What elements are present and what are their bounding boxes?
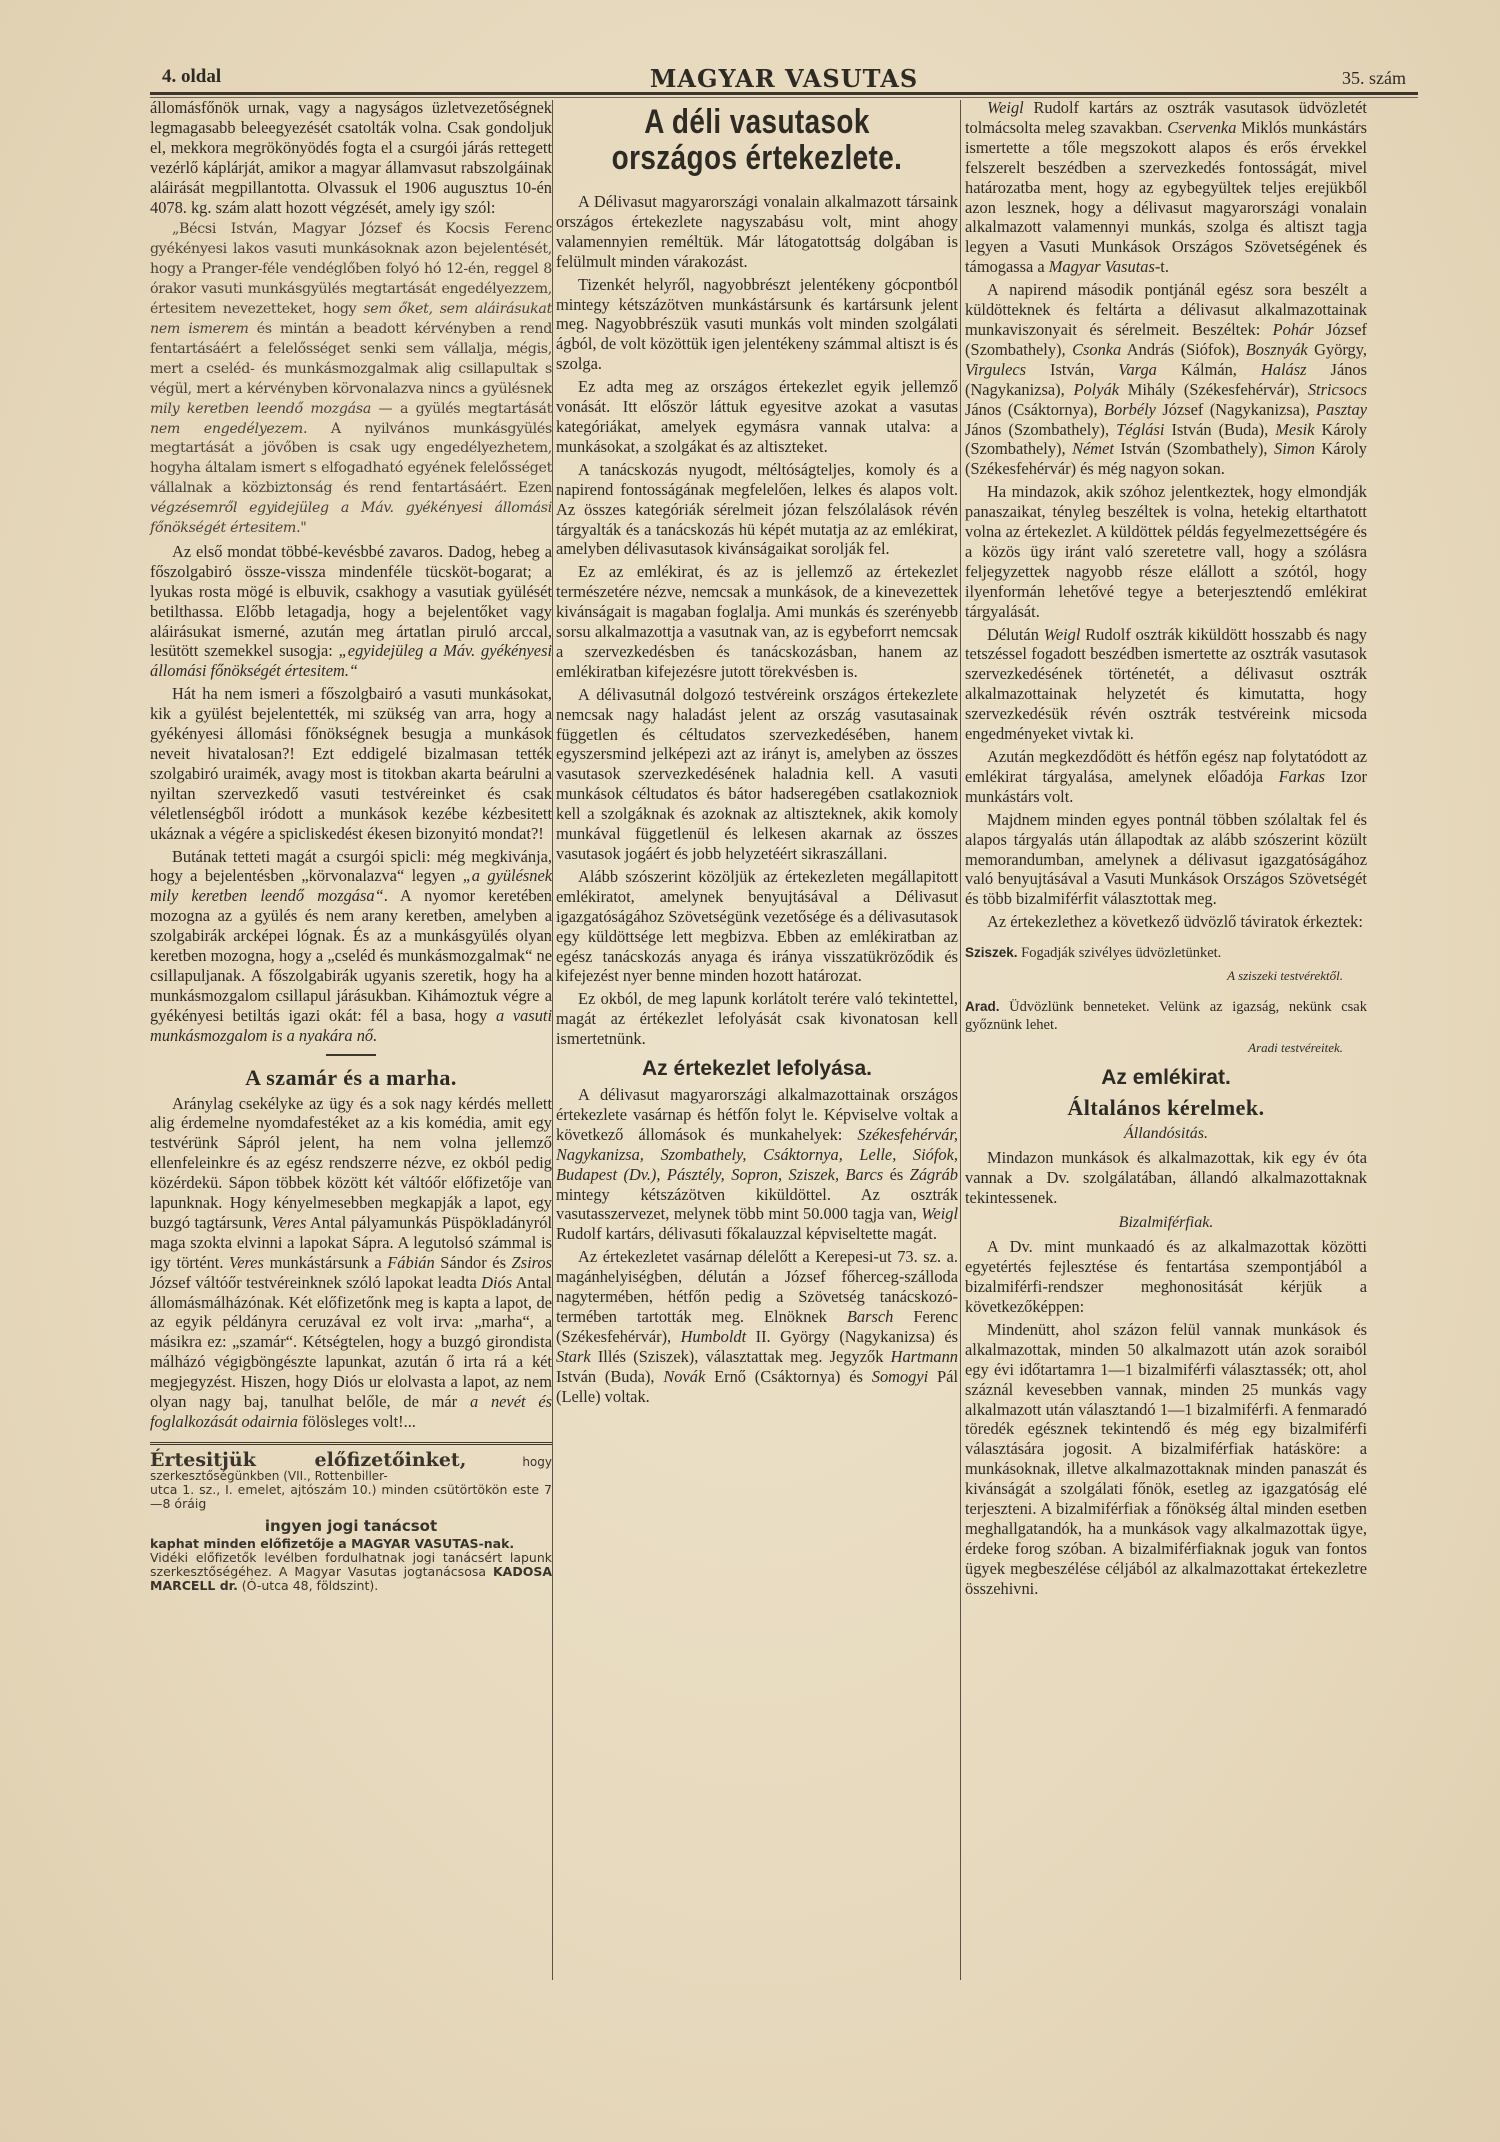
paragraph: Ha mindazok, akik szóhoz jelentkeztek, h… — [965, 482, 1367, 621]
column-1: állomásfőnök urnak, vagy a nagyságos üzl… — [150, 98, 552, 1593]
paragraph: Azután megkezdődött és hétfőn egész nap … — [965, 747, 1367, 807]
paragraph: Aránylag csekélyke az ügy és a sok nagy … — [150, 1094, 552, 1432]
section-heading: Állandósitás. — [965, 1124, 1367, 1144]
paragraph: A tanácskozás nyugodt, méltóságteljes, k… — [556, 460, 958, 560]
paragraph: Butának tetteti magát a csurgói spicli: … — [150, 847, 552, 1046]
paragraph: Délután Weigl Rudolf osztrák kiküldött h… — [965, 625, 1367, 744]
paragraph: A Dv. mint munkaadó és az alkalmazottak … — [965, 1237, 1367, 1317]
paragraph: Mindenütt, ahol százon felül vannak munk… — [965, 1320, 1367, 1599]
telegram-signature: A sziszeki testvérektől. — [965, 966, 1367, 986]
telegram: Sziszek. Fogadják szivélyes üdvözletünke… — [965, 944, 1367, 962]
quoted-decree: „Bécsi István, Magyar József és Kocsis F… — [150, 220, 552, 539]
paragraph: Weigl Rudolf kartárs az osztrák vasutaso… — [965, 98, 1367, 277]
column-3: Weigl Rudolf kartárs az osztrák vasutaso… — [965, 98, 1367, 1602]
memo-title: Az emlékirat. — [965, 1068, 1367, 1088]
ad-highlight: ingyen jogi tanácsot — [150, 1519, 552, 1533]
paragraph: Hát ha nem ismeri a főszolgbairó a vasut… — [150, 684, 552, 843]
section-heading: Bizalmiférfiak. — [965, 1213, 1367, 1233]
paragraph: A délivasut magyarországi alkalmazottain… — [556, 1085, 958, 1244]
ad-headline: Értesitjük előfizetőinket, — [150, 1449, 466, 1471]
paragraph: Mindazon munkások és alkalmazottak, kik … — [965, 1148, 1367, 1208]
paragraph: Alább szószerint közöljük az értekezlete… — [556, 867, 958, 986]
column-divider — [960, 100, 961, 1980]
paragraph: Tizenkét helyről, nagyobbrészt jelentéke… — [556, 275, 958, 375]
section-title: A szamár és a marha. — [150, 1068, 552, 1088]
paragraph: A Délivasut magyarországi vonalain alkal… — [556, 192, 958, 272]
paragraph: Ez adta meg az országos értekezlet egyik… — [556, 377, 958, 457]
paper-title: MAGYAR VASUTAS — [150, 64, 1418, 93]
memo-subtitle: Általános kérelmek. — [965, 1098, 1367, 1118]
section-divider — [326, 1054, 376, 1056]
column-divider — [552, 100, 553, 1980]
telegram: Arad. Üdvözlünk benneteket. Velünk az ig… — [965, 998, 1367, 1034]
masthead: 4. oldal MAGYAR VASUTAS 35. szám — [150, 62, 1418, 92]
advertisement: Értesitjük előfizetőinket, hogy szerkesz… — [150, 1453, 552, 1593]
newspaper-page: 4. oldal MAGYAR VASUTAS 35. szám állomás… — [0, 0, 1500, 2142]
paragraph: Ez okból, de meg lapunk korlátolt terére… — [556, 989, 958, 1049]
telegram-signature: Aradi testvéreitek. — [965, 1038, 1367, 1058]
issue-number: 35. szám — [1342, 68, 1406, 89]
paragraph: Az értekezlethez a következő üdvözlő táv… — [965, 912, 1367, 932]
masthead-rule — [150, 92, 1418, 95]
article-title: A déli vasutasok országos értekezlete. — [592, 104, 922, 176]
paragraph-speakers: A napirend második pontjánál egész sora … — [965, 280, 1367, 479]
paragraph: Az első mondat többé-kevésbbé zavaros. D… — [150, 542, 552, 681]
paragraph: Majdnem minden egyes pontnál többen szól… — [965, 810, 1367, 910]
ad-divider — [150, 1442, 552, 1445]
subsection-title: Az értekezlet lefolyása. — [556, 1059, 958, 1079]
paragraph: Az értekezletet vasárnap délelőtt a Kere… — [556, 1247, 958, 1406]
column-2: A déli vasutasok országos értekezlete. A… — [556, 98, 958, 1409]
paragraph: állomásfőnök urnak, vagy a nagyságos üzl… — [150, 98, 552, 217]
paragraph: A délivasutnál dolgozó testvéreink orszá… — [556, 685, 958, 864]
paragraph: Ez az emlékirat, és az is jellemző az ér… — [556, 562, 958, 681]
